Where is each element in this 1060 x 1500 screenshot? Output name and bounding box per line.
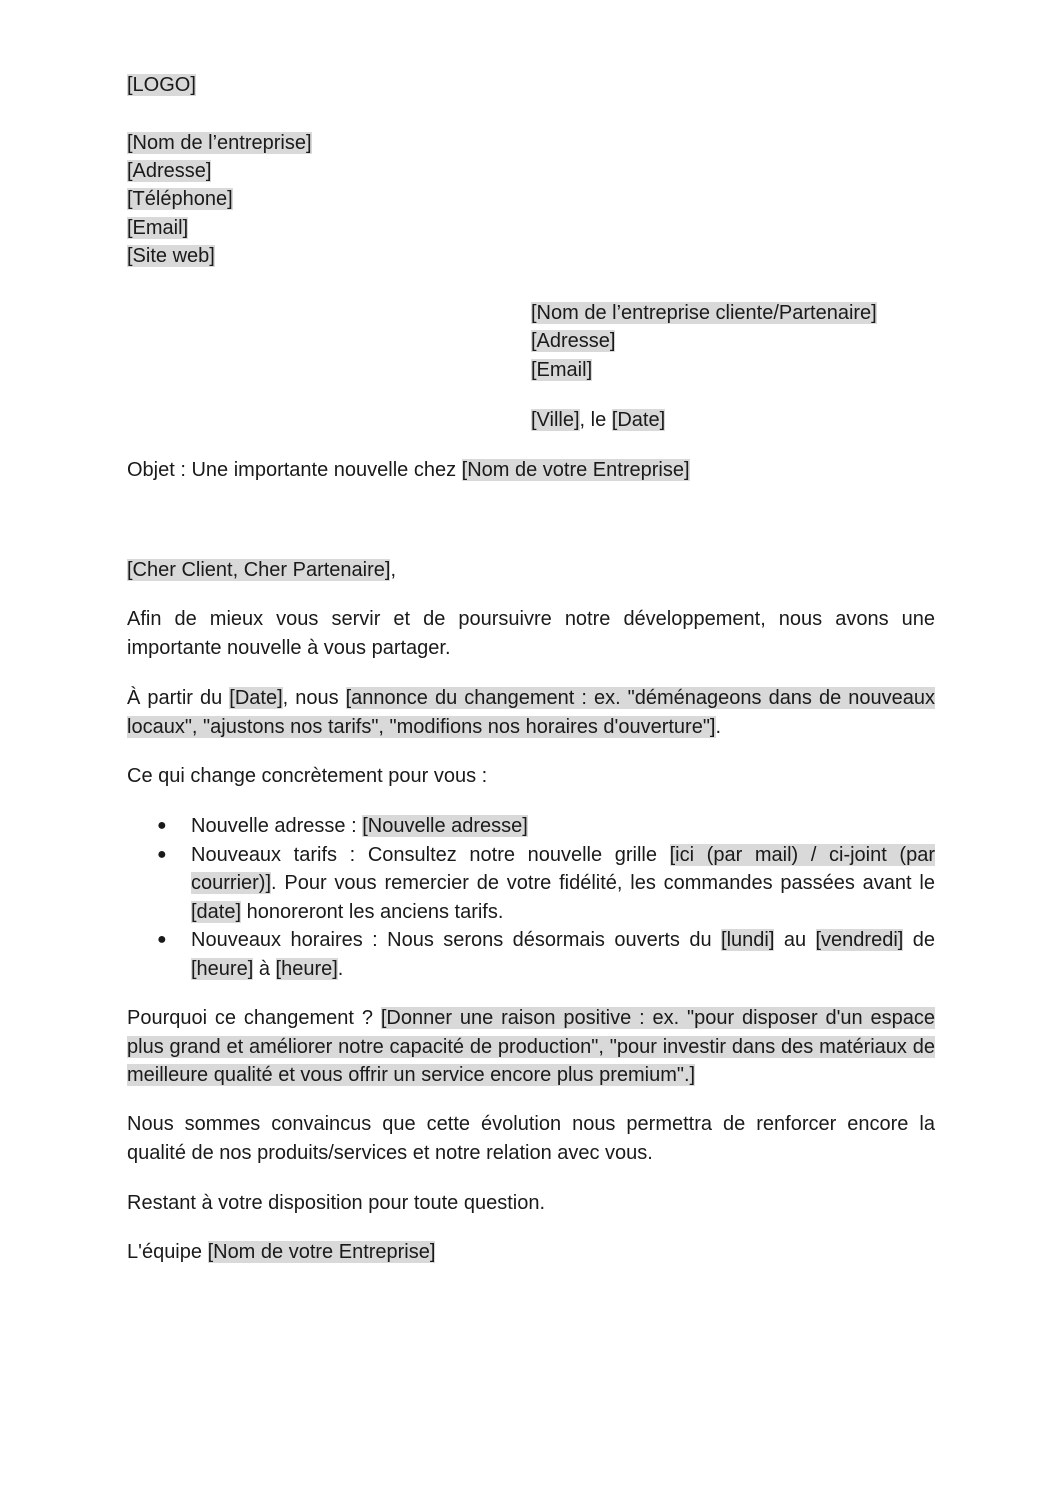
day-from-placeholder: [lundi] — [721, 929, 774, 951]
city-placeholder: [Ville] — [531, 409, 580, 431]
list-item: ●Nouveaux horaires : Nous serons désorma… — [127, 926, 935, 983]
announcement-middle: , nous — [283, 687, 346, 709]
sender-website: [Site web] — [127, 242, 215, 271]
sender-phone: [Téléphone] — [127, 185, 233, 214]
signature: L'équipe [Nom de votre Entreprise] — [127, 1238, 435, 1267]
bullet-icon: ● — [157, 926, 167, 955]
letter-page: [LOGO] [Nom de l’entreprise] [Adresse] [… — [0, 0, 1060, 1500]
announcement-paragraph: À partir du [Date], nous [annonce du cha… — [127, 684, 935, 741]
change-label: Nouveaux horaires : Nous serons désormai… — [191, 929, 721, 951]
closing-line: Restant à votre disposition pour toute q… — [127, 1189, 545, 1218]
sender-address: [Adresse] — [127, 157, 211, 186]
list-item: ●Nouveaux tarifs : Consultez notre nouve… — [127, 841, 935, 927]
bullet-icon: ● — [157, 841, 167, 870]
sender-address-placeholder: [Adresse] — [127, 160, 211, 182]
salutation-placeholder: [Cher Client, Cher Partenaire] — [127, 559, 390, 581]
sender-logo: [LOGO] — [127, 71, 196, 100]
changes-list: ●Nouvelle adresse : [Nouvelle adresse] ●… — [127, 812, 935, 983]
reason-paragraph: Pourquoi ce changement ? [Donner une rai… — [127, 1004, 935, 1090]
changes-intro: Ce qui change concrètement pour vous : — [127, 762, 487, 791]
connector-text: à — [253, 958, 275, 980]
conviction-paragraph: Nous sommes convaincus que cette évoluti… — [127, 1110, 935, 1167]
place-date-separator: , le — [580, 409, 612, 431]
signature-prefix: L'équipe — [127, 1241, 208, 1263]
recipient-email-placeholder: [Email] — [531, 359, 592, 381]
sender-website-placeholder: [Site web] — [127, 245, 215, 267]
recipient-company-placeholder: [Nom de l’entreprise cliente/Partenaire] — [531, 302, 877, 324]
connector-text: de — [903, 929, 935, 951]
change-suffix: . — [338, 958, 344, 980]
sender-company-placeholder: [Nom de l’entreprise] — [127, 132, 312, 154]
intro-paragraph: Afin de mieux vous servir et de poursuiv… — [127, 605, 935, 662]
signature-company-placeholder: [Nom de votre Entreprise] — [208, 1241, 436, 1263]
subject-line: Objet : Une importante nouvelle chez [No… — [127, 456, 690, 485]
recipient-address: [Adresse] — [531, 327, 615, 356]
announcement-prefix: À partir du — [127, 687, 229, 709]
bullet-icon: ● — [157, 812, 167, 841]
salutation: [Cher Client, Cher Partenaire], — [127, 556, 396, 585]
logo-placeholder: [LOGO] — [127, 74, 196, 96]
recipient-email: [Email] — [531, 356, 592, 385]
day-to-placeholder: [vendredi] — [816, 929, 904, 951]
list-item: ●Nouvelle adresse : [Nouvelle adresse] — [127, 812, 935, 841]
sender-company: [Nom de l’entreprise] — [127, 129, 312, 158]
sender-phone-placeholder: [Téléphone] — [127, 188, 233, 210]
announcement-date-placeholder: [Date] — [229, 687, 282, 709]
new-address-placeholder: [Nouvelle adresse] — [362, 815, 528, 837]
recipient-address-placeholder: [Adresse] — [531, 330, 615, 352]
change-label: Nouveaux tarifs : Consultez notre nouvel… — [191, 844, 670, 866]
subject-company-placeholder: [Nom de votre Entreprise] — [462, 459, 690, 481]
subject-prefix: Objet : Une importante nouvelle chez — [127, 459, 462, 481]
date-placeholder: [Date] — [612, 409, 665, 431]
place-date: [Ville], le [Date] — [531, 406, 665, 435]
sender-email: [Email] — [127, 214, 188, 243]
pricing-date-placeholder: [date] — [191, 901, 241, 923]
hour-from-placeholder: [heure] — [191, 958, 253, 980]
change-text: . Pour vous remercier de votre fidélité,… — [271, 872, 935, 894]
reason-prefix: Pourquoi ce changement ? — [127, 1007, 381, 1029]
change-label: Nouvelle adresse : — [191, 815, 362, 837]
salutation-suffix: , — [390, 559, 396, 581]
announcement-suffix: . — [716, 716, 722, 738]
connector-text: au — [774, 929, 815, 951]
change-suffix: honoreront les anciens tarifs. — [241, 901, 503, 923]
sender-email-placeholder: [Email] — [127, 217, 188, 239]
hour-to-placeholder: [heure] — [276, 958, 338, 980]
recipient-company: [Nom de l’entreprise cliente/Partenaire] — [531, 299, 877, 328]
